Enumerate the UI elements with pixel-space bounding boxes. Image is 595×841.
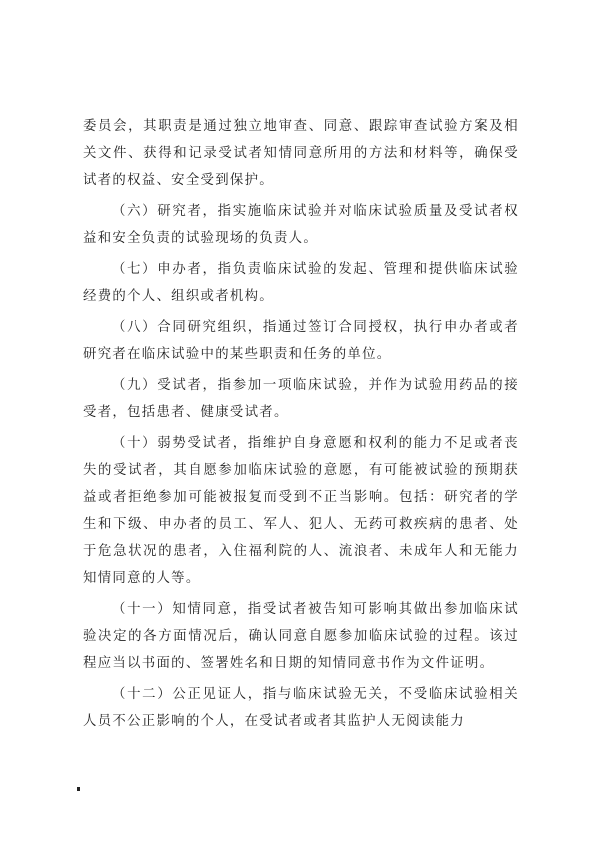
paragraph-definition-6-investigator: （六）研究者，指实施临床试验并对临床试验质量及受试者权益和安全负责的试验现场的负… [83, 198, 519, 252]
paragraph-continuation: 委员会，其职责是通过独立地审查、同意、跟踪审查试验方案及相关文件、获得和记录受试… [83, 113, 519, 194]
paragraph-definition-11-informed-consent: （十一）知情同意，指受试者被告知可影响其做出参加临床试验决定的各方面情况后，确认… [83, 596, 519, 677]
document-body: 委员会，其职责是通过独立地审查、同意、跟踪审查试验方案及相关文件、获得和记录受试… [83, 113, 519, 739]
document-page: 委员会，其职责是通过独立地审查、同意、跟踪审查试验方案及相关文件、获得和记录受试… [0, 0, 595, 841]
paragraph-definition-7-sponsor: （七）申办者，指负责临床试验的发起、管理和提供临床试验经费的个人、组织或者机构。 [83, 256, 519, 310]
paragraph-definition-12-impartial-witness: （十二）公正见证人，指与临床试验无关，不受临床试验相关人员不公正影响的个人，在受… [83, 681, 519, 735]
paragraph-definition-8-cro: （八）合同研究组织，指通过签订合同授权，执行申办者或者研究者在临床试验中的某些职… [83, 314, 519, 368]
paragraph-definition-10-vulnerable-subject: （十）弱势受试者，指维护自身意愿和权利的能力不足或者丧失的受试者，其自愿参加临床… [83, 430, 519, 592]
paragraph-definition-9-subject: （九）受试者，指参加一项临床试验，并作为试验用药品的接受者，包括患者、健康受试者… [83, 372, 519, 426]
footer-dot-mark [77, 787, 80, 791]
